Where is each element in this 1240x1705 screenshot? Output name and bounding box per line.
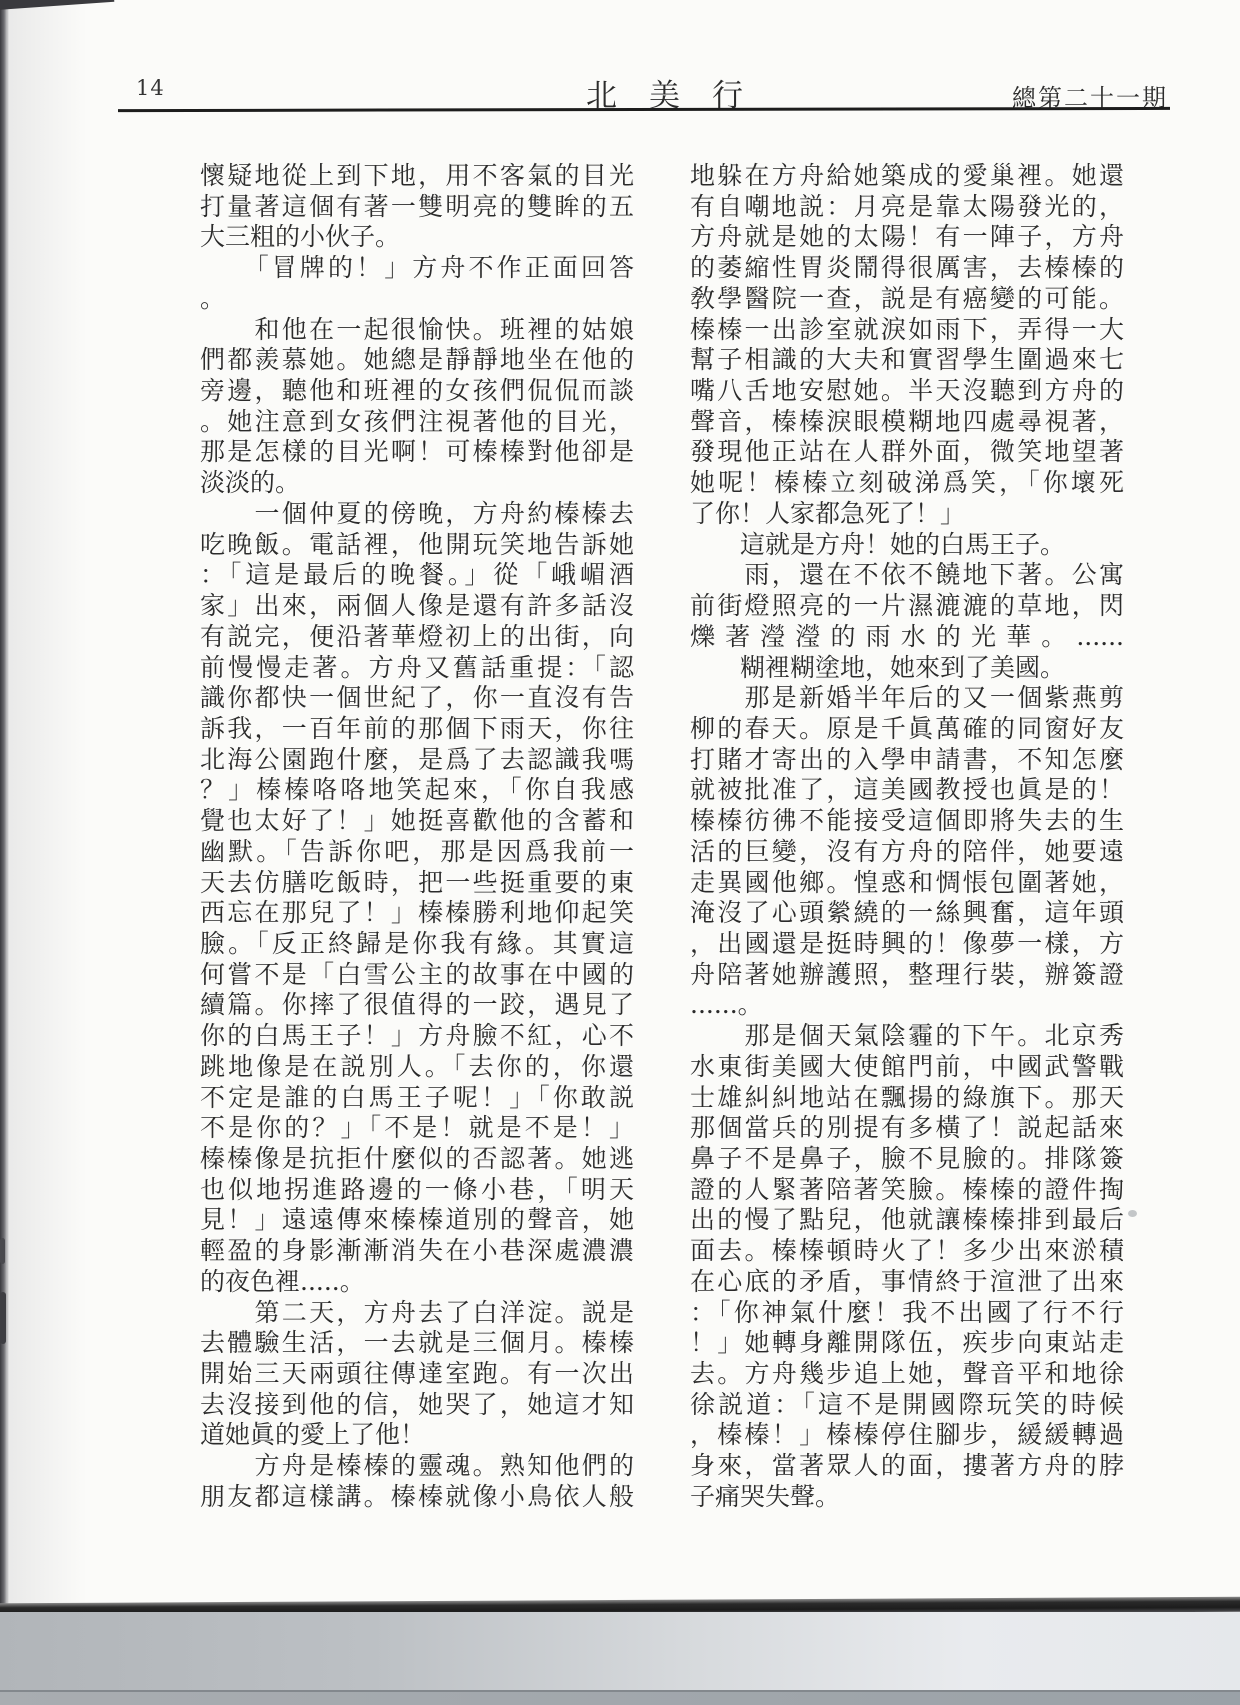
text-line: 證的人緊著陪著笑臉。榛榛的證件掏 [690,1175,1124,1206]
text-line: 打量著這個有著一雙明亮的雙眸的五 [200,192,634,223]
text-line: 臉。「反正終歸是你我有緣。其實這 [200,929,634,960]
text-line: 方舟就是她的太陽！有一陣子，方舟 [690,222,1124,253]
text-line: 走異國他鄉。惶惑和惆悵包圍著她， [690,868,1124,899]
text-line: 西忘在那兒了！」榛榛勝利地仰起笑 [200,898,634,929]
text-line: 道她眞的愛上了他！ [200,1420,634,1451]
text-line: 和他在一起很愉快。班裡的姑娘 [200,315,634,346]
text-line: 幽默。「告訴你吧，那是因爲我前一 [200,837,634,868]
text-line: 。 [200,284,634,315]
scan-edge-smudge [0,1238,5,1264]
text-line: 士雄糾糾地站在飄揚的綠旗下。那天 [690,1083,1124,1114]
text-line: 幫子相識的大夫和實習學生圍過來七 [690,345,1124,376]
scan-edge-smudge [0,1292,6,1344]
text-line: 訴我，一百年前的那個下雨天，你往 [200,714,634,745]
text-line: 何嘗不是「白雪公主的故事在中國的 [200,960,634,991]
text-line: 第二天，方舟去了白洋淀。説是 [200,1298,634,1329]
text-line: 聲音，榛榛淚眼模糊地四處尋視著， [690,407,1124,438]
text-line: 去體驗生活，一去就是三個月。榛榛 [200,1328,634,1359]
text-line: ：「這是最后的晚餐。」從「峨嵋酒 [200,560,634,591]
text-line: 。她注意到女孩們注視著他的目光， [200,407,634,438]
page-stack-edge [0,1612,1240,1692]
text-line: 柳的春天。原是千眞萬確的同窗好友 [690,714,1124,745]
text-line: 一個仲夏的傍晚，方舟約榛榛去 [200,499,634,530]
text-line: 打賭才寄出的入學申請書，不知怎麼 [690,745,1124,776]
text-line: 身來，當著眾人的面，摟著方舟的脖 [690,1451,1124,1482]
text-line: 榛榛彷彿不能接受這個即將失去的生 [690,806,1124,837]
text-line: 北海公園跑什麼，是爲了去認識我嗎 [200,745,634,776]
text-line: 榛榛像是抗拒什麼似的否認著。她逃 [200,1144,634,1175]
column-right: 地躲在方舟給她築成的愛巢裡。她還有自嘲地説：月亮是靠太陽發光的，方舟就是她的太陽… [690,161,1124,1513]
text-line: 你的白馬王子！」方舟臉不紅，心不 [200,1021,634,1052]
text-line: 那是新婚半年后的又一個紫燕剪 [690,683,1124,714]
text-line: 敎學醫院一查，説是有癌變的可能。 [690,284,1124,315]
text-line: 們都羨慕她。她總是靜靜地坐在他的 [200,345,634,376]
page-number: 14 [136,76,165,100]
text-line: 雨，還在不依不饒地下著。公寓 [690,560,1124,591]
text-line: 出的慢了點兒，他就讓榛榛排到最后 [690,1205,1124,1236]
text-line: 識你都快一個世紀了，你一直沒有告 [200,683,634,714]
text-line: 就被批准了，這美國教授也眞是的！ [690,775,1124,806]
text-line: 淡淡的。 [200,468,634,499]
text-line: 天去仿膳吃飯時，把一些挺重要的東 [200,868,634,899]
text-line: 輕盈的身影漸漸消失在小巷深處濃濃 [200,1236,634,1267]
text-line: 去。方舟幾步追上她，聲音平和地徐 [690,1359,1124,1390]
text-line: 在心底的矛盾，事情終于渲泄了出來 [690,1267,1124,1298]
text-line: 子痛哭失聲。 [690,1482,1124,1513]
text-line: 那是怎樣的目光啊！可榛榛對他卻是 [200,437,634,468]
text-line: 水東街美國大使館門前，中國武警戰 [690,1052,1124,1083]
text-line: 旁邊，聽他和班裡的女孩們侃侃而談 [200,376,634,407]
text-line: 地躲在方舟給她築成的愛巢裡。她還 [690,161,1124,192]
text-line: 發現他正站在人群外面，微笑地望著 [690,437,1124,468]
text-line: ？」榛榛咯咯地笑起來，「你自我感 [200,775,634,806]
text-line: 舟陪著她辦護照，整理行裝，辦簽證 [690,960,1124,991]
text-line: 去沒接到他的信，她哭了，她這才知 [200,1390,634,1421]
text-line: 覺也太好了！」她挺喜歡他的含蓄和 [200,806,634,837]
text-line: 了你！人家都急死了！」 [690,499,1124,530]
text-line: 也似地拐進路邊的一條小巷，「明天 [200,1175,634,1206]
text-line: 榛榛一出診室就淚如雨下，弄得一大 [690,315,1124,346]
spine-shadow [7,0,87,1603]
text-line: 家」出來，兩個人像是還有許多話沒 [200,591,634,622]
text-line: 淹沒了心頭縈繞的一絲興奮，這年頭 [690,898,1124,929]
text-line: ：「你神氣什麼！我不出國了行不行 [690,1298,1124,1329]
text-line: 吃晚飯。電話裡，他開玩笑地告訴她 [200,530,634,561]
text-line: 見！」遠遠傳來榛榛道別的聲音，她 [200,1205,634,1236]
text-line: 這就是方舟！她的白馬王子。 [690,530,1124,561]
text-line: ！」她轉身離開隊伍，疾步向東站走 [690,1328,1124,1359]
text-line: 徐説道：「這不是開國際玩笑的時候 [690,1390,1124,1421]
text-line: 嘴八舌地安慰她。半天沒聽到方舟的 [690,376,1124,407]
scan-spine-edge [0,0,9,1606]
text-line: 糊裡糊塗地，她來到了美國。 [690,653,1124,684]
text-line: 朋友都這樣講。榛榛就像小鳥依人般 [200,1482,634,1513]
text-line: 「冒牌的！」方舟不作正面回答 [200,253,634,284]
text-line: 有自嘲地説：月亮是靠太陽發光的， [690,192,1124,223]
column-left: 懷疑地從上到下地，用不客氣的目光打量著這個有著一雙明亮的雙眸的五大三粗的小伙子。… [200,161,634,1513]
scanned-magazine-page: 14 北美行 總第二十一期 懷疑地從上到下地，用不客氣的目光打量著這個有著一雙明… [0,0,1240,1705]
text-line: 續篇。你摔了很值得的一跤，遇見了 [200,990,634,1021]
text-line: 那個當兵的別提有多橫了！説起話來 [690,1113,1124,1144]
text-line: 活的巨變，沒有方舟的陪伴，她要遠 [690,837,1124,868]
text-line: 面去。榛榛頓時火了！多少出來淤積 [690,1236,1124,1267]
text-line: 她呢！榛榛立刻破涕爲笑，「你壞死 [690,468,1124,499]
text-line: 方舟是榛榛的靈魂。熟知他們的 [200,1451,634,1482]
text-line: 的夜色裡.....。 [200,1267,634,1298]
scan-speck [1128,1210,1137,1217]
text-line: 不定是誰的白馬王子呢！」「你敢説 [200,1083,634,1114]
text-line: 大三粗的小伙子。 [200,222,634,253]
text-line: 那是個天氣陰霾的下午。北京秀 [690,1021,1124,1052]
text-line: 跳地像是在説別人。「去你的，你還 [200,1052,634,1083]
text-line: ......。 [690,990,1124,1021]
scanner-background [0,1690,1240,1705]
text-line: 有説完，便沿著華燈初上的出街，向 [200,622,634,653]
text-line: 開始三天兩頭往傳達室跑。有一次出 [200,1359,634,1390]
text-line: ，出國還是挺時興的！像夢一樣，方 [690,929,1124,960]
text-line: 鼻子不是鼻子，臉不見臉的。排隊簽 [690,1144,1124,1175]
text-line: ，榛榛！」榛榛停住腳步，緩緩轉過 [690,1420,1124,1451]
text-line: 前慢慢走著。方舟又舊話重提：「認 [200,653,634,684]
text-line: 前街燈照亮的一片濕漉漉的草地，閃 [690,591,1124,622]
text-line: 爍著瀅瀅的雨水的光華。...... [690,622,1124,653]
text-line: 不是你的？」「不是！就是不是！」 [200,1113,634,1144]
text-line: 懷疑地從上到下地，用不客氣的目光 [200,161,634,192]
text-line: 的萎縮性胃炎鬧得很厲害，去榛榛的 [690,253,1124,284]
